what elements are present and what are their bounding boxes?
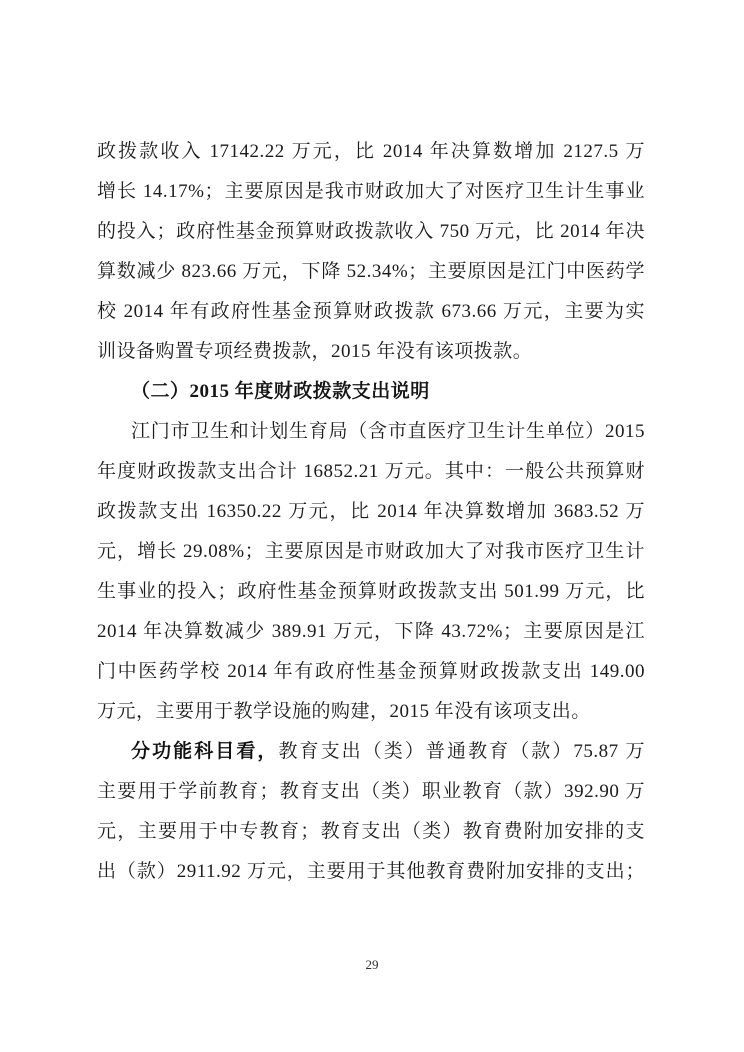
paragraph-expenditure: 江门市卫生和计划生育局（含市直医疗卫生计生单位）2015 年度财政拨款支出合计 … bbox=[97, 412, 645, 732]
text-line: 的投入；政府性基金预算财政拨款收入 750 万元，比 2014 年决 bbox=[97, 212, 645, 252]
text-line: 年度财政拨款支出合计 16852.21 万元。其中：一般公共预算财 bbox=[97, 452, 645, 492]
document-page: 政拨款收入 17142.22 万元，比 2014 年决算数增加 2127.5 万… bbox=[0, 0, 744, 1052]
section-heading: （二）2015 年度财政拨款支出说明 bbox=[97, 372, 645, 412]
text-line: 主要用于学前教育；教育支出（类）职业教育（款）392.90 万 bbox=[97, 772, 645, 812]
text-line: 分功能科目看，教育支出（类）普通教育（款）75.87 万元， bbox=[97, 732, 645, 772]
text-line: 江门市卫生和计划生育局（含市直医疗卫生计生单位）2015 bbox=[97, 412, 645, 452]
bold-lead-text: 分功能科目看， bbox=[131, 741, 278, 762]
text-line: 生事业的投入；政府性基金预算财政拨款支出 501.99 万元，比 bbox=[97, 572, 645, 612]
text-line: 2014 年决算数减少 389.91 万元，下降 43.72%；主要原因是江 bbox=[97, 612, 645, 652]
text-line: 出（款）2911.92 万元，主要用于其他教育费附加安排的支出； bbox=[97, 852, 645, 892]
text-line: 校 2014 年有政府性基金预算财政拨款 673.66 万元，主要为实 bbox=[97, 292, 645, 332]
text-line: 训设备购置专项经费拨款，2015 年没有该项拨款。 bbox=[97, 332, 645, 372]
text-line: 元，主要用于中专教育；教育支出（类）教育费附加安排的支 bbox=[97, 812, 645, 852]
paragraph-functional: 分功能科目看，教育支出（类）普通教育（款）75.87 万元， 主要用于学前教育；… bbox=[97, 732, 645, 892]
text-line: 元，增长 29.08%；主要原因是市财政加大了对我市医疗卫生计 bbox=[97, 532, 645, 572]
text-line: 增长 14.17%；主要原因是我市财政加大了对医疗卫生计生事业 bbox=[97, 172, 645, 212]
text-line: 政拨款收入 17142.22 万元，比 2014 年决算数增加 2127.5 万… bbox=[97, 132, 645, 172]
text-line: 门中医药学校 2014 年有政府性基金预算财政拨款支出 149.00 bbox=[97, 652, 645, 692]
document-body: 政拨款收入 17142.22 万元，比 2014 年决算数增加 2127.5 万… bbox=[97, 132, 645, 892]
page-number: 29 bbox=[0, 956, 744, 974]
text-line: 算数减少 823.66 万元，下降 52.34%；主要原因是江门中医药学 bbox=[97, 252, 645, 292]
text-line: 政拨款支出 16350.22 万元，比 2014 年决算数增加 3683.52 … bbox=[97, 492, 645, 532]
text-line: 万元，主要用于教学设施的购建，2015 年没有该项支出。 bbox=[97, 692, 645, 732]
paragraph-revenue: 政拨款收入 17142.22 万元，比 2014 年决算数增加 2127.5 万… bbox=[97, 132, 645, 372]
